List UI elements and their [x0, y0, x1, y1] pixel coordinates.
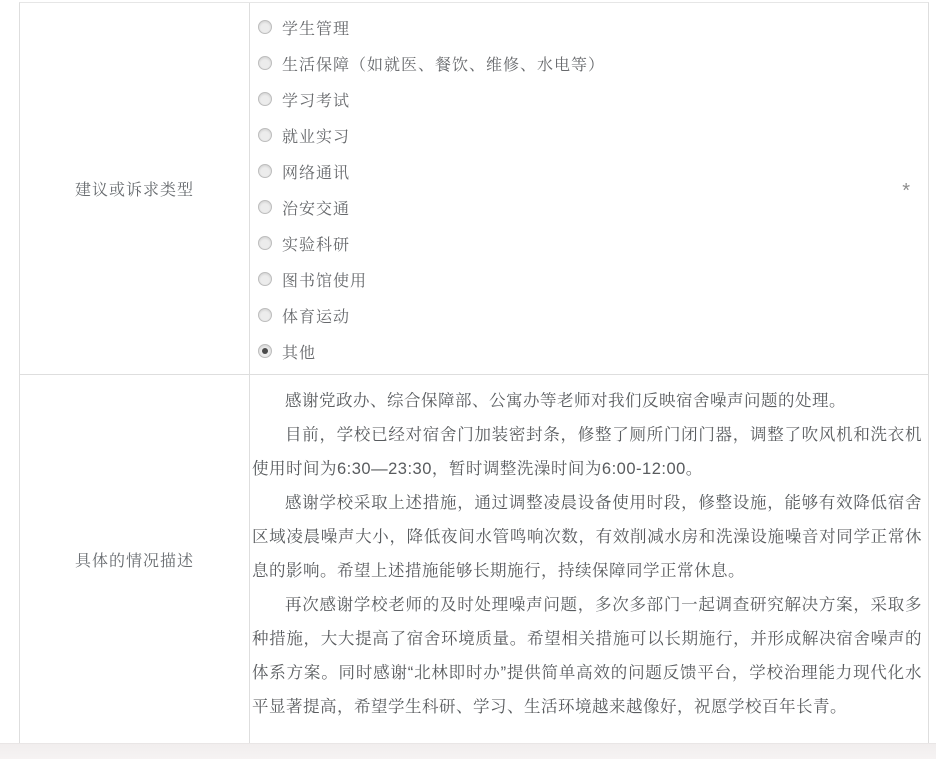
radio-option[interactable]: 实验科研	[258, 225, 928, 261]
radio-option-label: 就业实习	[282, 124, 350, 147]
description-text-area[interactable]: 感谢党政办、综合保障部、公寓办等老师对我们反映宿舍噪声问题的处理。目前，学校已经…	[250, 375, 928, 743]
type-radio-group: 学生管理生活保障（如就医、餐饮、维修、水电等）学习考试就业实习网络通讯治安交通实…	[250, 3, 928, 369]
radio-option[interactable]: 生活保障（如就医、餐饮、维修、水电等）	[258, 45, 928, 81]
form-row-type: 建议或诉求类型 学生管理生活保障（如就医、餐饮、维修、水电等）学习考试就业实习网…	[20, 3, 928, 375]
radio-unselected-icon[interactable]	[258, 56, 272, 70]
type-content-cell: 学生管理生活保障（如就医、餐饮、维修、水电等）学习考试就业实习网络通讯治安交通实…	[250, 3, 928, 374]
radio-option-label: 体育运动	[282, 304, 350, 327]
radio-option-label: 学生管理	[282, 16, 350, 39]
radio-option[interactable]: 就业实习	[258, 117, 928, 153]
field-label-type: 建议或诉求类型	[75, 177, 194, 200]
radio-unselected-icon[interactable]	[258, 308, 272, 322]
radio-option[interactable]: 学习考试	[258, 81, 928, 117]
radio-selected-icon[interactable]	[258, 344, 272, 358]
field-label-description-cell: 具体的情况描述	[20, 375, 250, 743]
required-asterisk: *	[902, 181, 910, 201]
radio-option-label: 治安交通	[282, 196, 350, 219]
radio-unselected-icon[interactable]	[258, 164, 272, 178]
radio-option-label: 实验科研	[282, 232, 350, 255]
description-paragraph: 再次感谢学校老师的及时处理噪声问题，多次多部门一起调查研究解决方案，采取多种措施…	[252, 588, 922, 724]
radio-option-label: 网络通讯	[282, 160, 350, 183]
radio-unselected-icon[interactable]	[258, 200, 272, 214]
radio-unselected-icon[interactable]	[258, 92, 272, 106]
description-paragraph: 目前，学校已经对宿舍门加装密封条，修整了厕所门闭门器，调整了吹风机和洗衣机使用时…	[252, 418, 922, 486]
radio-unselected-icon[interactable]	[258, 20, 272, 34]
radio-option-label: 生活保障（如就医、餐饮、维修、水电等）	[282, 52, 605, 75]
radio-option-label: 图书馆使用	[282, 268, 367, 291]
field-label-description: 具体的情况描述	[75, 548, 194, 571]
radio-unselected-icon[interactable]	[258, 128, 272, 142]
radio-option[interactable]: 治安交通	[258, 189, 928, 225]
description-paragraph: 感谢学校采取上述措施，通过调整凌晨设备使用时段，修整设施，能够有效降低宿舍区域凌…	[252, 486, 922, 588]
page-bottom-edge	[0, 743, 936, 759]
radio-option[interactable]: 网络通讯	[258, 153, 928, 189]
radio-unselected-icon[interactable]	[258, 236, 272, 250]
form-row-description: 具体的情况描述 感谢党政办、综合保障部、公寓办等老师对我们反映宿舍噪声问题的处理…	[20, 375, 928, 743]
description-paragraph: 感谢党政办、综合保障部、公寓办等老师对我们反映宿舍噪声问题的处理。	[252, 384, 922, 418]
radio-option-label: 其他	[282, 340, 316, 363]
radio-option-label: 学习考试	[282, 88, 350, 111]
radio-unselected-icon[interactable]	[258, 272, 272, 286]
radio-option[interactable]: 其他	[258, 333, 928, 369]
feedback-form-page: 建议或诉求类型 学生管理生活保障（如就医、餐饮、维修、水电等）学习考试就业实习网…	[0, 0, 936, 759]
field-label-type-cell: 建议或诉求类型	[20, 3, 250, 374]
radio-option[interactable]: 图书馆使用	[258, 261, 928, 297]
radio-option[interactable]: 体育运动	[258, 297, 928, 333]
feedback-form-table: 建议或诉求类型 学生管理生活保障（如就医、餐饮、维修、水电等）学习考试就业实习网…	[19, 2, 929, 743]
radio-option[interactable]: 学生管理	[258, 9, 928, 45]
